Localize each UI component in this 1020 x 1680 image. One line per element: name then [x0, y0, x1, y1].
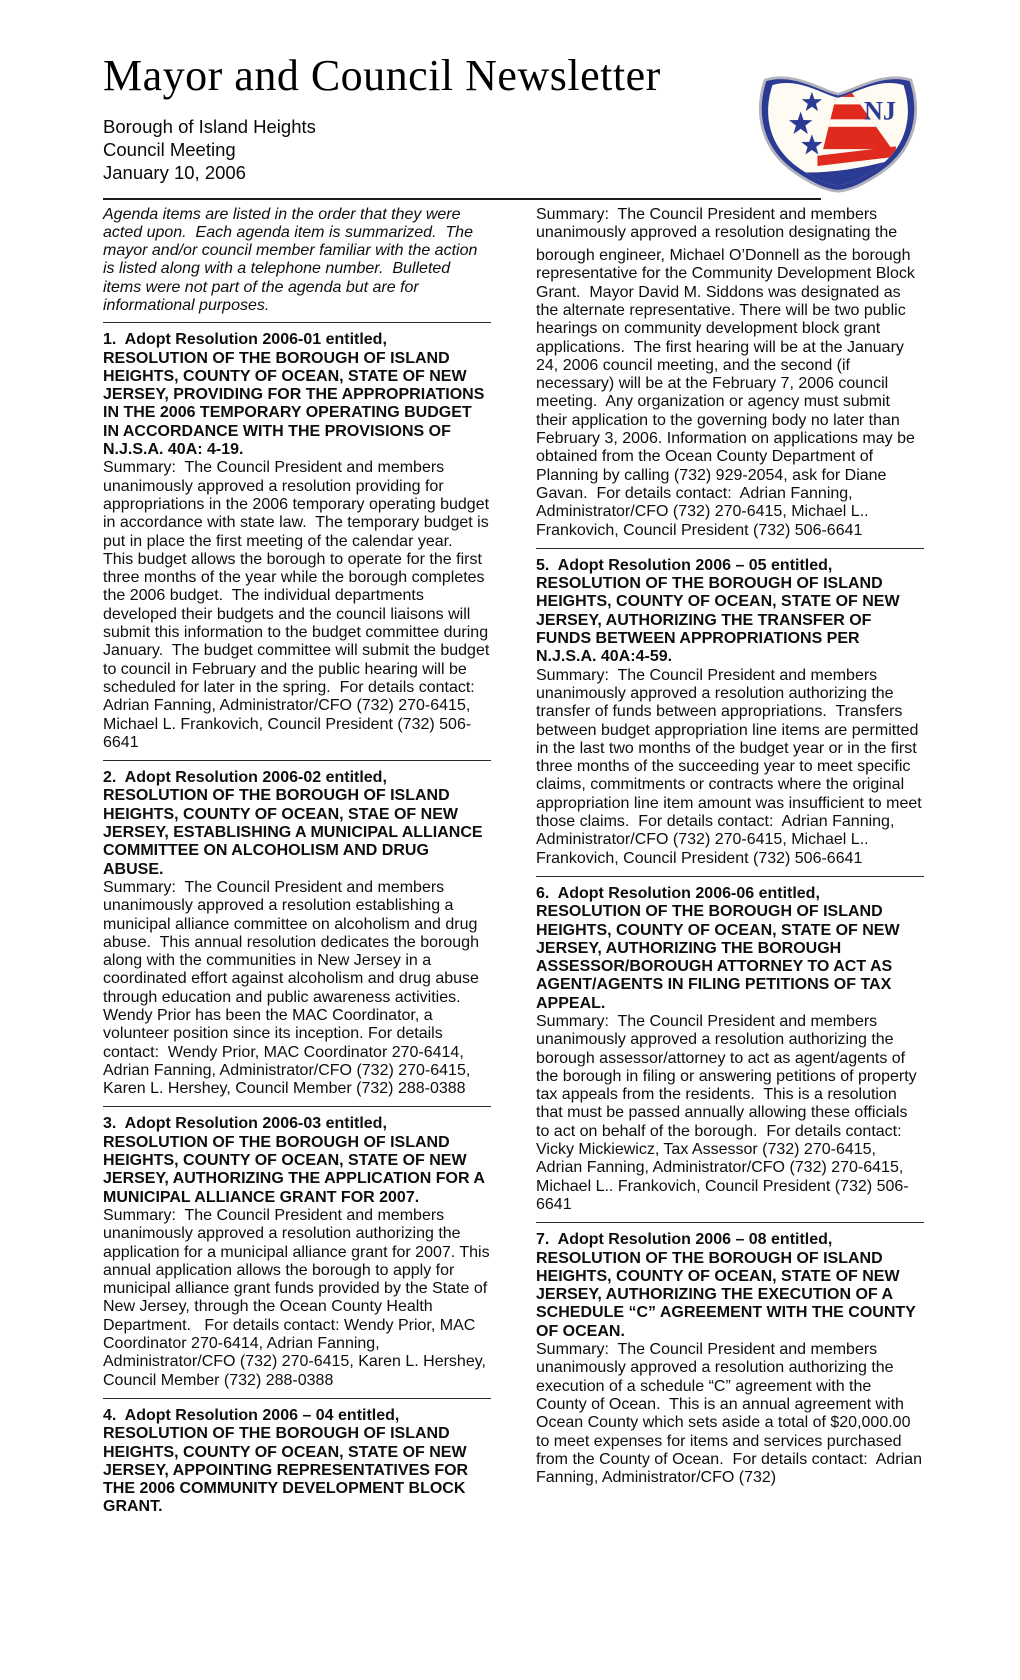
resolution-4-summary-p1: Summary: The Council President and membe…	[536, 206, 924, 243]
resolution-1-heading: 1. Adopt Resolution 2006-01 entitled, RE…	[103, 331, 491, 459]
intro-paragraph: Agenda items are listed in the order tha…	[103, 206, 491, 324]
resolution-item-4-heading-block: 4. Adopt Resolution 2006 – 04 entitled, …	[103, 1399, 491, 1525]
resolution-6-heading: 6. Adopt Resolution 2006-06 entitled, RE…	[536, 885, 924, 1013]
logo-nj-text: NJ	[864, 96, 896, 125]
resolution-item-1: 1. Adopt Resolution 2006-01 entitled, RE…	[103, 323, 491, 761]
resolution-item-2: 2. Adopt Resolution 2006-02 entitled, RE…	[103, 761, 491, 1107]
resolution-1-summary: Summary: The Council President and membe…	[103, 459, 491, 752]
newsletter-header: Mayor and Council Newsletter Borough of …	[103, 52, 933, 184]
resolution-7-summary: Summary: The Council President and membe…	[536, 1341, 924, 1487]
resolution-item-4-summary-block: Summary: The Council President and membe…	[536, 206, 924, 549]
resolution-2-heading: 2. Adopt Resolution 2006-02 entitled, RE…	[103, 769, 491, 879]
resolution-5-summary: Summary: The Council President and membe…	[536, 667, 924, 868]
resolution-item-3: 3. Adopt Resolution 2006-03 entitled, RE…	[103, 1107, 491, 1398]
resolution-2-summary: Summary: The Council President and membe…	[103, 879, 491, 1099]
resolution-6-summary: Summary: The Council President and membe…	[536, 1013, 924, 1214]
resolution-item-6: 6. Adopt Resolution 2006-06 entitled, RE…	[536, 877, 924, 1223]
right-column: Summary: The Council President and membe…	[536, 206, 924, 1525]
nj-state-shield-logo: NJ	[743, 54, 933, 194]
resolution-item-5: 5. Adopt Resolution 2006 – 05 entitled, …	[536, 549, 924, 877]
resolution-5-heading: 5. Adopt Resolution 2006 – 05 entitled, …	[536, 557, 924, 667]
resolution-3-summary: Summary: The Council President and membe…	[103, 1207, 491, 1390]
newsletter-page: Mayor and Council Newsletter Borough of …	[0, 0, 933, 1525]
newsletter-body: Agenda items are listed in the order tha…	[103, 206, 933, 1525]
resolution-3-heading: 3. Adopt Resolution 2006-03 entitled, RE…	[103, 1115, 491, 1206]
resolution-4-summary-p2: borough engineer, Michael O’Donnell as t…	[536, 247, 924, 540]
resolution-item-7: 7. Adopt Resolution 2006 – 08 entitled, …	[536, 1223, 924, 1495]
resolution-7-heading: 7. Adopt Resolution 2006 – 08 entitled, …	[536, 1231, 924, 1341]
left-column: Agenda items are listed in the order tha…	[103, 206, 491, 1525]
resolution-4-heading: 4. Adopt Resolution 2006 – 04 entitled, …	[103, 1407, 491, 1517]
header-divider	[103, 198, 821, 200]
